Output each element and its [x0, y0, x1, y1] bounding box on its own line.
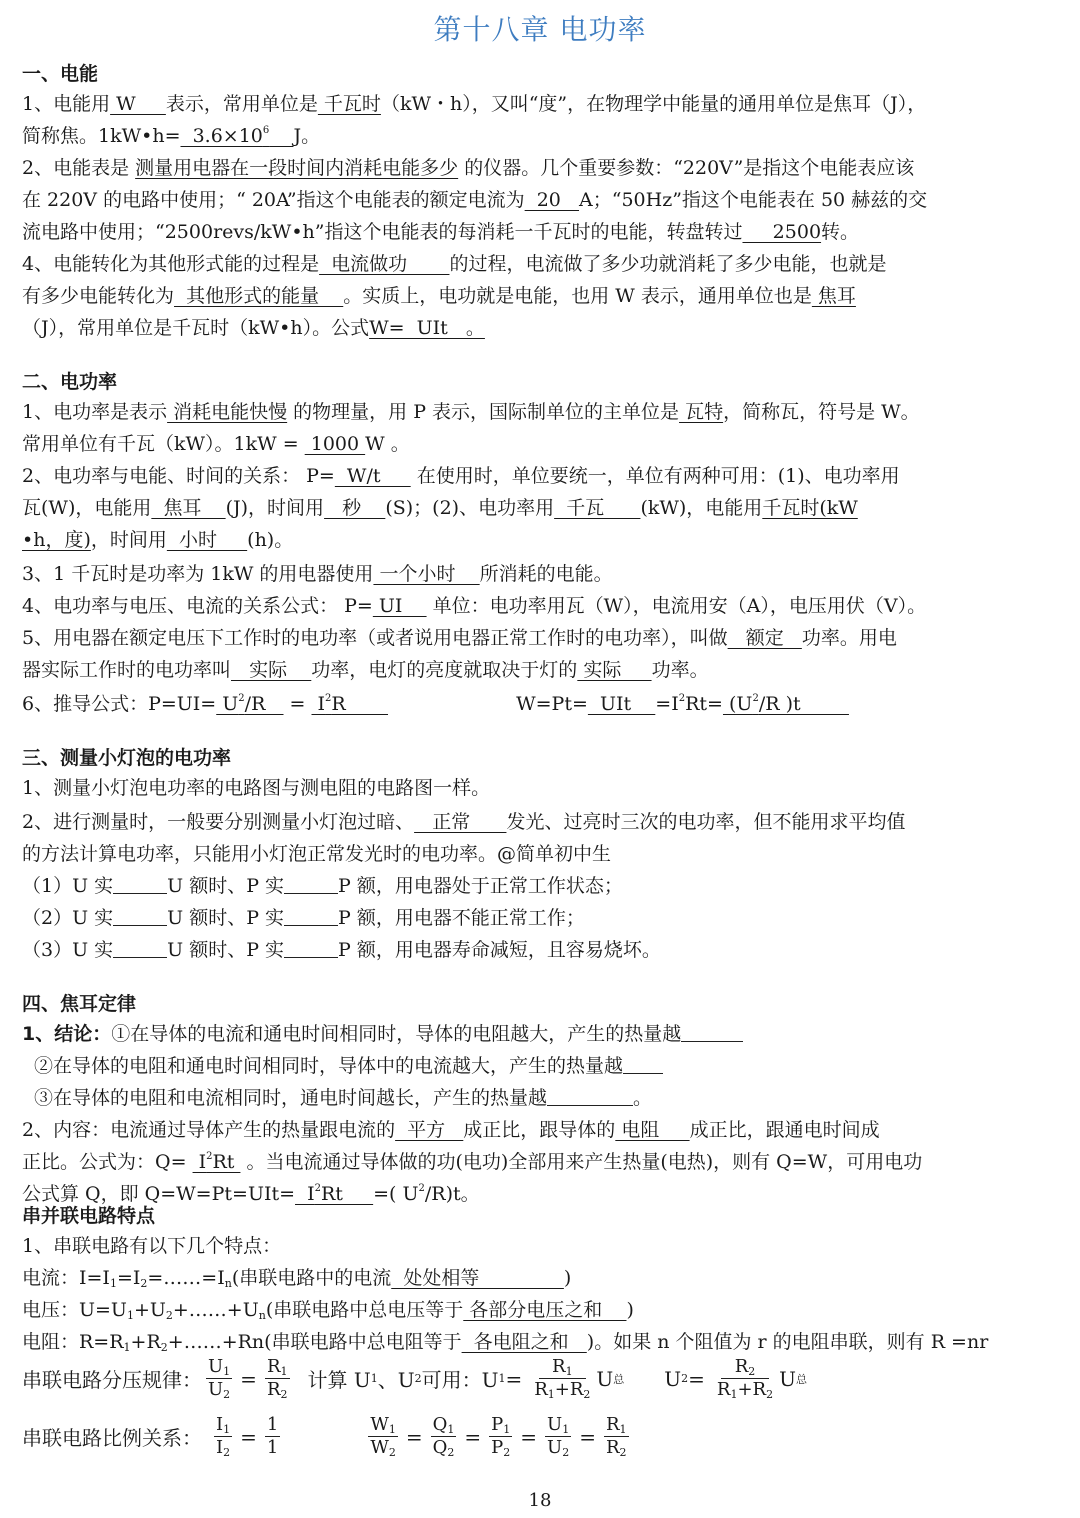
text: =	[284, 693, 312, 715]
answer-blank: 千瓦时	[318, 93, 381, 115]
answer-blank: 瓦特	[679, 401, 723, 423]
section-heading-power: 二、电功率	[22, 366, 1040, 398]
list-item: （2）U 实U 额时、P 实P 额，用电器不能正常工作；	[22, 902, 1040, 934]
text-line: 1、串联电路有以下几个特点：	[22, 1230, 1040, 1262]
text-line: 在 220V 的电路中使用；“ 20A”指这个电能表的额定电流为 20 A；“5…	[22, 184, 1040, 216]
text-line: 1、结论：①在导体的电流和通电时间相同时，导体的电阻越大，产生的热量越	[22, 1018, 1040, 1050]
text: 2、电功率与电能、时间的关系： P=	[22, 465, 335, 487]
text: 。当电流通过导体做的功(电功)全部用来产生热量(电热)，则有 Q=W，可用电功	[240, 1151, 922, 1173]
answer-blank: 正常	[414, 811, 506, 833]
text: 2、电能表是	[22, 157, 135, 179]
text: 发光、过亮时三次的电功率，但不能用求平均值	[506, 811, 905, 833]
text: W 。	[365, 433, 410, 455]
answer-blank: 千瓦时(kW	[762, 497, 857, 519]
text-line: （J），常用单位是千瓦时（kW•h）。公式W= UIt 。	[22, 312, 1040, 344]
text: 在使用时，单位要统一，单位有两种可用：(1)、电功率用	[411, 465, 900, 487]
text-line: 流电路中使用；“2500revs/kW•h”指这个电能表的每消耗一千瓦时的电能，…	[22, 216, 1040, 248]
document-page: 第十八章 电功率 一、电能 1、电能用 W 表示，常用单位是 千瓦时（kW・h）…	[0, 0, 1080, 1518]
text: 单位：电功率用瓦（W），电流用安（A），电压用伏（V）。	[427, 595, 927, 617]
section-heading-energy: 一、电能	[22, 58, 1040, 90]
text-line: 1、电功率是表示 消耗电能快慢 的物理量，用 P 表示，国际制单位的主单位是 瓦…	[22, 396, 1040, 428]
text: ，时间用	[91, 529, 167, 551]
answer-blank: 消耗电能快慢	[167, 401, 287, 423]
answer-blank: W	[110, 93, 166, 115]
answer-blank: 实际	[231, 659, 311, 681]
text-line: 正比。公式为：Q= I2Rt 。当电流通过导体做的功(电功)全部用来产生热量(电…	[22, 1146, 1040, 1178]
empty-blank	[681, 1021, 743, 1042]
text: Rt=	[685, 693, 723, 715]
answer-blank: UI	[373, 595, 427, 617]
text: 2、进行测量时，一般要分别测量小灯泡过暗、	[22, 811, 414, 833]
series-voltage-line: 电压：U=U1+U2+……+Un(串联电路中总电压等于 各部分电压之和 )	[22, 1294, 1040, 1326]
text-line: ②在导体的电阻和通电时间相同时，导体中的电流越大，产生的热量越	[34, 1050, 1040, 1082]
text-line: ③在导体的电阻和电流相同时，通电时间越长，产生的热量越。	[34, 1082, 1040, 1114]
text: 在 220V 的电路中使用；“ 20A”指这个电能表的额定电流为	[22, 189, 525, 211]
answer-blank: W= UIt 。	[369, 317, 485, 339]
answer-blank: 实际	[577, 659, 651, 681]
answer-blank: 各电阻之和	[462, 1331, 587, 1353]
text: 表示，常用单位是	[166, 93, 318, 115]
text-line: 2、内容：电流通过导体产生的热量跟电流的 平方 成正比，跟导体的 电阻 成正比，…	[22, 1114, 1040, 1146]
text: 。	[633, 1087, 652, 1109]
text: 转。	[821, 221, 859, 243]
text: 1、电能用	[22, 93, 110, 115]
answer-blank: 各部分电压之和	[463, 1299, 626, 1321]
answer-blank: I2Rt	[193, 1151, 241, 1173]
text: 有多少电能转化为	[22, 285, 174, 307]
text: 的物理量，用 P 表示，国际制单位的主单位是	[287, 401, 679, 423]
empty-blank	[284, 937, 338, 958]
text: 的仪器。几个重要参数：“220V”是指这个电能表应该	[458, 157, 914, 179]
answer-blank: 焦耳	[151, 497, 225, 519]
answer-blank: 测量用电器在一段时间内消耗电能多少	[135, 157, 458, 179]
page-title: 第十八章 电功率	[0, 8, 1080, 48]
answer-blank: 20	[525, 189, 579, 211]
text: 所消耗的电能。	[480, 563, 613, 585]
answer-blank: 处处相等	[391, 1267, 564, 1289]
series-resistance-line: 电阻：R=R1+R2+……+Rn(串联电路中总电阻等于 各电阻之和 )。如果 n…	[22, 1326, 1040, 1358]
answer-blank: 小时	[167, 529, 247, 551]
text-line: 2、进行测量时，一般要分别测量小灯泡过暗、 正常 发光、过亮时三次的电功率，但不…	[22, 806, 1040, 838]
answer-blank: 2500	[742, 221, 821, 243]
text-line: 3、1 千瓦时是功率为 1kW 的用电器使用 一个小时 所消耗的电能。	[22, 558, 1040, 590]
text: P 额，用电器寿命减短，且容易烧坏。	[338, 939, 661, 961]
text: 瓦(W)，电能用	[22, 497, 151, 519]
text: 正比。公式为：Q=	[22, 1151, 193, 1173]
answer-blank: •h，度)	[22, 529, 91, 551]
text: （J），常用单位是千瓦时（kW•h）。公式	[22, 317, 369, 339]
text: J。	[293, 125, 320, 147]
empty-blank	[284, 905, 338, 926]
text: A；“50Hz”指这个电能表在 50 赫兹的交	[579, 189, 927, 211]
text-line: 有多少电能转化为 其他形式的能量 。实质上，电功就是电能，也用 W 表示，通用单…	[22, 280, 1040, 312]
text-line: 常用单位有千瓦（kW）。1kW = 1000 W 。	[22, 428, 1040, 460]
text: （1）U 实	[22, 875, 113, 897]
empty-blank	[113, 873, 167, 894]
text-line: 器实际工作时的电功率叫 实际 功率，电灯的亮度就取决于灯的 实际 功率。	[22, 654, 1040, 686]
text-line: 5、用电器在额定电压下工作时的电功率（或者说用电器正常工作时的电功率），叫做 额…	[22, 622, 1040, 654]
answer-blank: 秒	[324, 497, 385, 519]
text: U 额时、P 实	[167, 875, 284, 897]
answer-blank: 焦耳	[812, 285, 856, 307]
text-line: 1、测量小灯泡电功率的电路图与测电阻的电路图一样。	[22, 772, 1040, 804]
text: 5、用电器在额定电压下工作时的电功率（或者说用电器正常工作时的电功率），叫做	[22, 627, 728, 649]
text: 的过程，电流做了多少功就消耗了多少电能，也就是	[449, 253, 886, 275]
answer-blank: (U2/R )t	[723, 693, 849, 715]
answer-blank: 千瓦	[554, 497, 640, 519]
answer-blank: 平方	[395, 1119, 463, 1141]
answer-blank: UIt	[588, 693, 655, 715]
empty-blank	[113, 937, 167, 958]
section-heading-joule-law: 四、焦耳定律	[22, 988, 1040, 1020]
text: ②在导体的电阻和通电时间相同时，导体中的电流越大，产生的热量越	[34, 1055, 623, 1077]
text: 功率。	[652, 659, 709, 681]
text-line: 4、电功率与电压、电流的关系公式： P= UI 单位：电功率用瓦（W），电流用安…	[22, 590, 1040, 622]
answer-blank: I2R	[312, 693, 389, 715]
series-current-line: 电流：I=I1=I2=……=In(串联电路中的电流 处处相等 )	[22, 1262, 1040, 1294]
text: 3、1 千瓦时是功率为 1kW 的用电器使用	[22, 563, 373, 585]
answer-blank: U2/R	[216, 693, 283, 715]
formula-line: 6、推导公式：P=UI= U2/R = I2R W=Pt= UIt =I2Rt=…	[22, 688, 1040, 720]
text: ③在导体的电阻和电流相同时，通电时间越长，产生的热量越	[34, 1087, 547, 1109]
text-line: 2、电功率与电能、时间的关系： P= W/t 在使用时，单位要统一，单位有两种可…	[22, 460, 1040, 492]
text-line: 2、电能表是 测量用电器在一段时间内消耗电能多少 的仪器。几个重要参数：“220…	[22, 152, 1040, 184]
text: P 额，用电器不能正常工作；	[338, 907, 585, 929]
text: 1、电功率是表示	[22, 401, 167, 423]
text: W=Pt=	[516, 693, 588, 715]
answer-blank: 3.6×106	[181, 125, 294, 147]
list-item: （3）U 实U 额时、P 实P 额，用电器寿命减短，且容易烧坏。	[22, 934, 1040, 966]
text: (h)。	[247, 529, 293, 551]
text: P 额，用电器处于正常工作状态；	[338, 875, 623, 897]
answer-blank: 电流做功	[319, 253, 449, 275]
text: ①在导体的电流和通电时间相同时，导体的电阻越大，产生的热量越	[111, 1023, 681, 1045]
answer-blank: 电阻	[615, 1119, 689, 1141]
text-line: 4、电能转化为其他形式能的过程是 电流做功 的过程，电流做了多少功就消耗了多少电…	[22, 248, 1040, 280]
text-line: 简称焦。1kW•h= 3.6×106 J。	[22, 120, 1040, 152]
answer-blank: W/t	[335, 465, 411, 487]
answer-blank: 1000	[305, 433, 365, 455]
empty-blank	[547, 1085, 633, 1106]
empty-blank	[113, 905, 167, 926]
answer-blank: 其他形式的能量	[174, 285, 343, 307]
formula-label: 串联电路分压规律：	[22, 1364, 202, 1393]
text: (kW)，电能用	[640, 497, 762, 519]
answer-blank: 一个小时	[373, 563, 479, 585]
text-line: 1、电能用 W 表示，常用单位是 千瓦时（kW・h），又叫“度”，在物理学中能量…	[22, 88, 1040, 120]
text: 4、电功率与电压、电流的关系公式： P=	[22, 595, 373, 617]
text: （3）U 实	[22, 939, 113, 961]
text: 器实际工作时的电功率叫	[22, 659, 231, 681]
answer-blank: 额定	[728, 627, 802, 649]
text: (S)；(2)、电功率用	[385, 497, 554, 519]
text-line: •h，度)，时间用 小时 (h)。	[22, 524, 1040, 556]
page-number: 18	[0, 1490, 1080, 1511]
voltage-divider-formula: 串联电路分压规律： U1U2=R1R2 计算 U1、U2可用：U1= R1 R1…	[22, 1356, 807, 1401]
text: 6、推导公式：P=UI=	[22, 693, 216, 715]
text: =I	[655, 693, 678, 715]
text: （2）U 实	[22, 907, 113, 929]
text-line: 瓦(W)，电能用 焦耳 (J)，时间用 秒 (S)；(2)、电功率用 千瓦 (k…	[22, 492, 1040, 524]
text: 4、电能转化为其他形式能的过程是	[22, 253, 319, 275]
text: （kW・h），又叫“度”，在物理学中能量的通用单位是焦耳（J），	[381, 93, 926, 115]
text: ，简称瓦，符号是 W。	[723, 401, 920, 423]
text: 2、内容：电流通过导体产生的热量跟电流的	[22, 1119, 395, 1141]
text: 简称焦。1kW•h=	[22, 125, 181, 147]
text: 流电路中使用；“2500revs/kW•h”指这个电能表的每消耗一千瓦时的电能，…	[22, 221, 742, 243]
empty-blank	[284, 873, 338, 894]
section-heading-series-parallel: 串并联电路特点	[22, 1200, 1040, 1232]
text: 成正比，跟通电时间成	[690, 1119, 880, 1141]
section-heading-measure-bulb: 三、测量小灯泡的电功率	[22, 742, 1040, 774]
text: U 额时、P 实	[167, 907, 284, 929]
ratio-formula: 串联电路比例关系： I1I2=11 W1W2= Q1Q2= P1P2= U1U2…	[22, 1414, 633, 1459]
text: 成正比，跟导体的	[463, 1119, 615, 1141]
text: 功率，电灯的亮度就取决于灯的	[311, 659, 577, 681]
text-line: 的方法计算电功率，只能用小灯泡正常发光时的电功率。@简单初中生	[22, 838, 1040, 870]
empty-blank	[623, 1053, 663, 1074]
text: 。实质上，电功就是电能，也用 W 表示，通用单位也是	[343, 285, 812, 307]
text: 常用单位有千瓦（kW）。1kW =	[22, 433, 305, 455]
text: U 额时、P 实	[167, 939, 284, 961]
formula-label: 串联电路比例关系：	[22, 1422, 202, 1451]
text: (J)，时间用	[226, 497, 324, 519]
text: 1、结论：	[22, 1023, 111, 1045]
list-item: （1）U 实U 额时、P 实P 额，用电器处于正常工作状态；	[22, 870, 1040, 902]
text: 功率。用电	[802, 627, 897, 649]
